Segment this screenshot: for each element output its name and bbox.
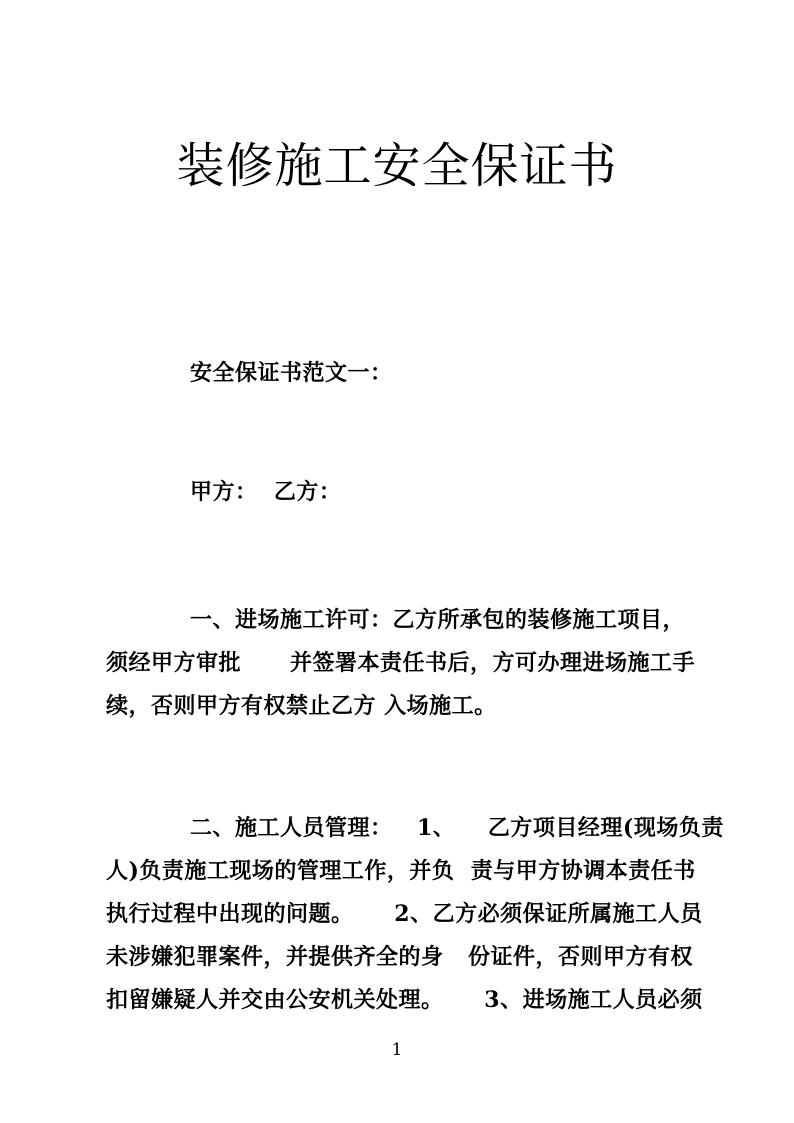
text-line: 一、进场施工许可：乙方所承包的装修施工项目， [106,599,726,642]
text-line: 续，否则甲方有权禁止乙方 入场施工。 [106,685,726,728]
text-line: 执行过程中出现的问题。 2、乙方必须保证所属施工人员 [106,893,726,936]
document-page: 装修施工安全保证书 安全保证书范文一： 甲方： 乙方： 一、进场施工许可：乙方所… [0,0,794,1123]
paragraph-1: 一、进场施工许可：乙方所承包的装修施工项目， 须经甲方审批 并签署本责任书后，方… [106,599,726,728]
text-line: 二、施工人员管理： 1、 乙方项目经理(现场负责 [106,807,726,850]
text-line: 须经甲方审批 并签署本责任书后，方可办理进场施工手 [106,642,726,685]
subtitle: 安全保证书范文一： [106,352,794,395]
document-title: 装修施工安全保证书 [0,133,794,199]
parties-line: 甲方： 乙方： [106,471,794,514]
text-line: 扣留嫌疑人并交由公安机关处理。 3、进场施工人员必须 [106,979,726,1022]
text-line: 人)负责施工现场的管理工作，并负 责与甲方协调本责任书 [106,850,726,893]
text-line: 未涉嫌犯罪案件，并提供齐全的身 份证件，否则甲方有权 [106,936,726,979]
page-number: 1 [0,1038,794,1062]
paragraph-2: 二、施工人员管理： 1、 乙方项目经理(现场负责 人)负责施工现场的管理工作，并… [106,807,726,1022]
